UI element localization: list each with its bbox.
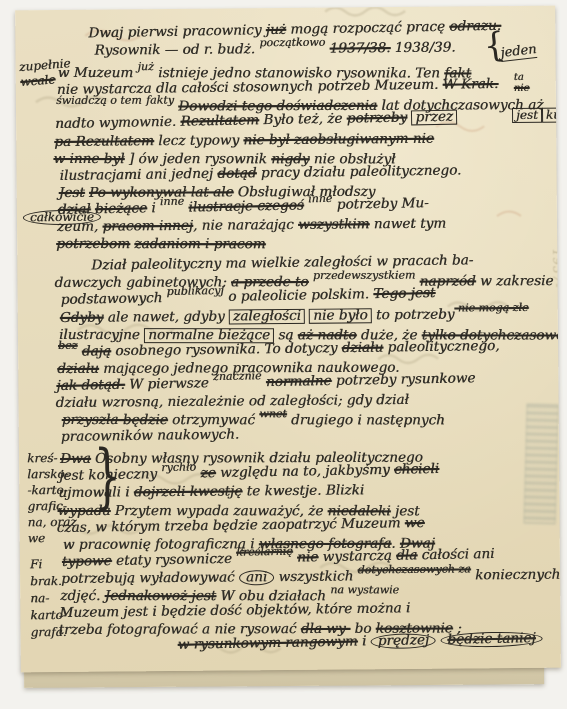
- handwriting-segment: rychło: [161, 461, 196, 475]
- margin-note-word: jest: [512, 108, 542, 123]
- margin-note-word: karto-: [30, 607, 66, 624]
- handwriting-segment: Muzeum jest i będzie dość objektów, któr…: [59, 600, 410, 621]
- handwriting-segment: Rysownik — od r. budż.: [94, 41, 259, 58]
- handwriting-segment: ze: [200, 465, 216, 481]
- handwriting-segment: dotąd: [217, 165, 256, 182]
- handwriting-segment: ilustracjami ani jednej: [59, 166, 217, 184]
- handwriting-segment: etaty rysownicze: [111, 551, 236, 569]
- handwriting-segment: nawet tym: [369, 216, 446, 233]
- manuscript-line: ujmowali i dojrzeli kwestję te kwestje. …: [58, 481, 558, 502]
- handwriting-segment: inne: [160, 195, 184, 208]
- handwriting-segment: względu na to, jakbyśmy: [216, 462, 395, 481]
- handwriting-segment: bieżące: [95, 200, 147, 217]
- handwriting-segment: to: [372, 307, 394, 323]
- handwriting-segment: już: [137, 60, 153, 73]
- handwriting-segment: dotychczasowych za: [358, 562, 471, 576]
- handwritten-text: Dwaj pierwsi pracownicy już mogą rozpocz…: [55, 22, 561, 662]
- margin-note-word: Fi: [30, 556, 66, 573]
- handwriting-segment: typowe: [62, 553, 112, 570]
- handwriting-segment: działu: [57, 361, 99, 377]
- margin-note: Fibrak.na-karto-grafa.: [30, 556, 67, 641]
- handwriting-segment: Dział paleolityczny ma wielkie zaległośc…: [91, 253, 473, 274]
- handwriting-segment: nie było: [309, 308, 372, 324]
- handwriting-segment: i: [358, 634, 371, 650]
- margin-note: tanie: [514, 72, 530, 94]
- handwriting-segment: zdjęć.: [60, 588, 104, 604]
- handwriting-segment: przyszła będzie: [62, 412, 168, 428]
- handwriting-segment: 1938/39.: [390, 40, 455, 57]
- handwriting-segment: dają: [82, 343, 111, 359]
- margin-note-word: ta: [514, 72, 530, 83]
- manuscript-line: potrzebom zadaniom i pracom: [56, 236, 556, 254]
- margin-note-word: na, oraz: [28, 514, 77, 530]
- handwriting-segment: nie był zaobsługiwanym nie: [243, 130, 434, 148]
- handwriting-segment: działu: [342, 339, 384, 356]
- margin-note-word: brak.: [30, 573, 66, 590]
- handwriting-segment: lecz typowy: [154, 132, 244, 149]
- handwriting-segment: fakty: [146, 94, 174, 107]
- left-margin-notes: zupełniewcalecałkowicie}kreś-larsko--kar…: [15, 6, 555, 11]
- handwriting-segment: pracy działu paleolitycznego.: [256, 162, 461, 181]
- handwriting-segment: Jednakowoż jest: [105, 588, 217, 604]
- margin-note-word: ku.: [542, 108, 561, 123]
- manuscript-line: pa Rezultatem lecz typowy nie był zaobsł…: [54, 129, 554, 150]
- handwriting-segment: paleolitycznego,: [383, 338, 500, 356]
- handwriting-segment: W Krak.: [443, 76, 499, 93]
- margin-note: jestku.gi.: [512, 107, 561, 123]
- handwriting-segment: ilustracje czegoś: [188, 197, 304, 215]
- handwriting-segment: kreślarnię: [236, 545, 293, 559]
- handwriting-segment: dla: [396, 547, 417, 563]
- margin-note-word: całkowicie: [23, 210, 101, 226]
- handwriting-segment: na wystawie: [330, 583, 399, 596]
- handwriting-segment: prędzej: [371, 633, 437, 649]
- handwriting-segment: wszystkim: [298, 216, 370, 233]
- handwriting-segment: przedewszystkiem: [313, 269, 415, 282]
- margin-note-word: na-: [30, 590, 66, 607]
- margin-note: zupełniewcale: [19, 56, 73, 90]
- handwriting-segment: potrzeby Mu-: [332, 195, 429, 213]
- handwriting-segment: chcieli: [394, 461, 439, 478]
- handwriting-segment: dojrzeli kwestję: [134, 484, 243, 501]
- handwriting-segment: i: [147, 200, 160, 216]
- handwriting-segment: publikacyj: [166, 284, 223, 298]
- handwriting-segment: inne: [308, 192, 332, 205]
- handwriting-segment: te kwestje. Blizki: [242, 483, 364, 500]
- handwriting-segment: znacznie: [213, 369, 262, 383]
- handwriting-segment: świadczą o tem: [56, 94, 142, 107]
- handwriting-segment: o paleolicie polskim.: [224, 287, 374, 306]
- handwriting-segment: we: [405, 515, 425, 531]
- margin-note-word: larsko-: [27, 466, 76, 482]
- manuscript-line: Gdyby ale nawet, gdyby zaległości nie by…: [60, 305, 560, 326]
- handwriting-segment: ani: [239, 570, 274, 585]
- margin-note-word: grafa.: [30, 624, 66, 641]
- manuscript-paper: 1937- Dwaj pierwsi pracownicy już mogą r…: [15, 6, 561, 673]
- margin-note-word: we: [28, 530, 77, 546]
- right-margin-notes: {jedentaniejestku.gi.: [15, 6, 555, 11]
- handwriting-segment: pracom innej: [102, 218, 193, 235]
- margin-note-word: kreś-: [27, 450, 76, 466]
- manuscript-line: działu wzrosną, niezależnie od zaległośc…: [55, 391, 555, 412]
- manuscript-line: zeum, pracom innej, nie narażając wszyst…: [57, 215, 557, 236]
- margin-note: }kreś-larsko--karto-grafic-na, orazwe: [27, 450, 77, 546]
- handwriting-segment: potrzeby: [347, 110, 408, 127]
- handwriting-segment: koniecznych dla: [471, 566, 561, 583]
- handwriting-segment: ale nawet, gdyby: [103, 308, 229, 325]
- margin-note-word: grafic-: [27, 498, 76, 514]
- margin-note: całkowicie: [23, 210, 101, 226]
- handwriting-segment: Gdyby: [60, 309, 104, 325]
- manuscript-line: Dział paleolityczny ma wielkie zaległośc…: [55, 251, 555, 275]
- handwriting-segment: podstawowych: [61, 290, 167, 308]
- handwriting-segment: pa Rezultatem: [54, 133, 154, 150]
- manuscript-paragraph: Dwaj pierwsi pracownicy już mogą rozpocz…: [55, 22, 555, 61]
- handwriting-segment: w rysunkowym rangowym: [178, 634, 358, 653]
- handwriting-segment: zadaniom i pracom: [134, 236, 265, 252]
- handwriting-segment: wnet: [259, 407, 286, 420]
- handwriting-segment: W pierwsze: [125, 375, 214, 393]
- handwriting-segment: Dwaj pierwsi pracownicy: [88, 22, 266, 41]
- handwriting-segment: potrzeby: [394, 306, 455, 323]
- handwriting-segment: początkowo: [259, 36, 325, 50]
- handwriting-segment: działu wzrosną, niezależnie od zaległośc…: [55, 392, 408, 411]
- manuscript-line: potrzebują wyładowywać ani wszystkich do…: [61, 567, 561, 588]
- handwriting-segment: Jest: [59, 185, 85, 201]
- brace-mark: {: [483, 37, 506, 54]
- handwriting-segment: w inne był: [53, 151, 124, 167]
- handwriting-segment: Było też, że: [259, 111, 347, 129]
- handwriting-segment: Rezultatem: [180, 113, 259, 130]
- handwriting-segment: przez: [411, 110, 457, 126]
- handwriting-segment: 1937/38.: [330, 40, 391, 57]
- handwriting-segment: potrzeby rysunkowe: [331, 370, 475, 389]
- handwriting-segment: normalne: [266, 373, 332, 390]
- handwriting-segment: nie: [297, 549, 318, 565]
- handwriting-segment: bez: [58, 338, 78, 351]
- handwriting-segment: zaległości: [229, 308, 305, 324]
- manuscript-paragraph: w Muzeum już istnieje jedno stanowisko r…: [56, 61, 558, 253]
- handwriting-segment: Tego jest: [373, 285, 435, 302]
- margin-note-word: nie: [514, 83, 530, 94]
- handwriting-segment: potrzebują wyładowywać: [61, 569, 239, 587]
- handwriting-segment: będzie taniej: [440, 631, 543, 648]
- manuscript-paragraph: Dział paleolityczny ma wielkie zaległośc…: [57, 254, 559, 446]
- brace-mark: }: [94, 467, 121, 483]
- handwriting-segment: jak dotąd.: [56, 377, 125, 394]
- manuscript-paragraph: Dwa Osobny własny rysownik działu paleol…: [59, 447, 561, 656]
- handwriting-segment: potrzebom: [56, 236, 130, 252]
- handwriting-segment: pracowników naukowych.: [61, 427, 239, 445]
- margin-note-word: -karto-: [27, 482, 76, 498]
- handwriting-segment: , nie narażając: [193, 217, 298, 234]
- handwriting-segment: nie mogą złe: [454, 300, 528, 314]
- handwriting-segment: całości ani: [417, 546, 494, 563]
- handwriting-segment: osobnego rysownika. To dotyczy: [111, 340, 342, 359]
- handwriting-segment: nadto wymownie.: [55, 114, 181, 132]
